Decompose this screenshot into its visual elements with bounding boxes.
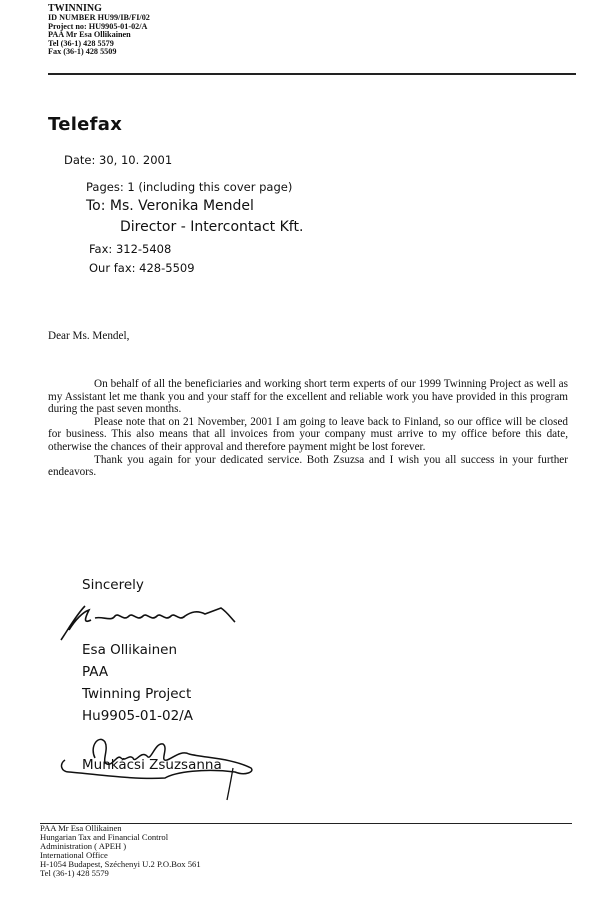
fax-sender-fax: Our fax: 428-5509 (89, 261, 195, 275)
fax-pages: Pages: 1 (including this cover page) (86, 180, 292, 194)
fax-recipient-title: Director - Intercontact Kft. (120, 219, 303, 235)
footer-line: Tel (36-1) 428 5579 (40, 869, 201, 878)
fax-title: Telefax (48, 114, 122, 135)
signer-name: Esa Ollikainen (82, 642, 177, 658)
letterhead-fax: Fax (36-1) 428 5509 (48, 48, 150, 57)
footer-address: PAA Mr Esa Ollikainen Hungarian Tax and … (40, 824, 201, 877)
assistant-name: Munkácsi Zsuzsanna (82, 757, 222, 773)
letter-paragraph: On behalf of all the beneficiaries and w… (48, 378, 568, 416)
letter-paragraph: Please note that on 21 November, 2001 I … (48, 416, 568, 454)
fax-recipient: To: Ms. Veronika Mendel (86, 198, 254, 214)
signer-project-no: Hu9905-01-02/A (82, 708, 193, 724)
fax-date: Date: 30, 10. 2001 (64, 153, 172, 167)
fax-recipient-fax: Fax: 312-5408 (89, 242, 171, 256)
letter-salutation: Dear Ms. Mendel, (48, 330, 129, 342)
header-divider (48, 73, 576, 75)
signer-project: Twinning Project (82, 686, 191, 702)
signature-ollikainen-icon (55, 600, 245, 645)
letter-paragraph: Thank you again for your dedicated servi… (48, 454, 568, 479)
letterhead: TWINNING ID NUMBER HU99/IB/FI/02 Project… (48, 4, 150, 57)
signer-role: PAA (82, 664, 108, 680)
letter-body: On behalf of all the beneficiaries and w… (48, 378, 568, 479)
closing: Sincerely (82, 577, 144, 593)
